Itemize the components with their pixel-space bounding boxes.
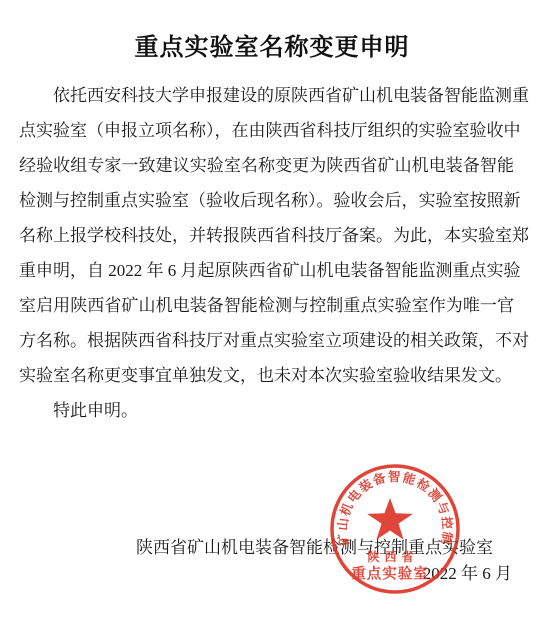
body-line: 名称上报学校科技处，并转报陕西省科技厅备案。为此，本实验室郑 — [19, 218, 514, 253]
body-line: 重申明，自 2022 年 6 月起原陕西省矿山机电装备智能监测重点实验 — [19, 253, 514, 288]
document-page: 重点实验室名称变更申明 依托西安科技大学申报建设的原陕西省矿山机电装备智能监测重… — [0, 0, 544, 635]
seal-arc-text: 矿山机电装备智能检测与控制 — [335, 469, 456, 547]
body-line: 室启用陕西省矿山机电装备智能检测与控制重点实验室作为唯一官 — [19, 288, 514, 323]
body-line: 检测与控制重点实验室（验收后现名称）。验收会后，实验室按照新 — [19, 183, 514, 218]
closing-line: 特此申明。 — [19, 393, 514, 428]
signature-date: 2022 年 6 月 — [423, 564, 512, 584]
body-line: 经验收组专家一致建议实验室名称变更为陕西省矿山机电装备智能 — [19, 148, 514, 183]
document-title: 重点实验室名称变更申明 — [0, 27, 544, 62]
body-line: 点实验室（申报立项名称），在由陕西省科技厅组织的实验室验收中 — [19, 113, 514, 148]
body-line: 依托西安科技大学申报建设的原陕西省矿山机电装备智能监测重 — [19, 78, 514, 113]
signature-organization: 陕西省矿山机电装备智能检测与控制重点实验室 — [136, 538, 493, 558]
body-line: 实验室名称更变事宜单独发文，也未对本次实验室验收结果发文。 — [19, 358, 514, 393]
seal-lab-text: 重点实验室 — [351, 565, 429, 583]
star-icon — [367, 498, 413, 540]
document-body: 依托西安科技大学申报建设的原陕西省矿山机电装备智能监测重 点实验室（申报立项名称… — [19, 78, 514, 428]
body-line: 方名称。根据陕西省科技厅对重点实验室立项建设的相关政策，不对 — [19, 323, 514, 358]
